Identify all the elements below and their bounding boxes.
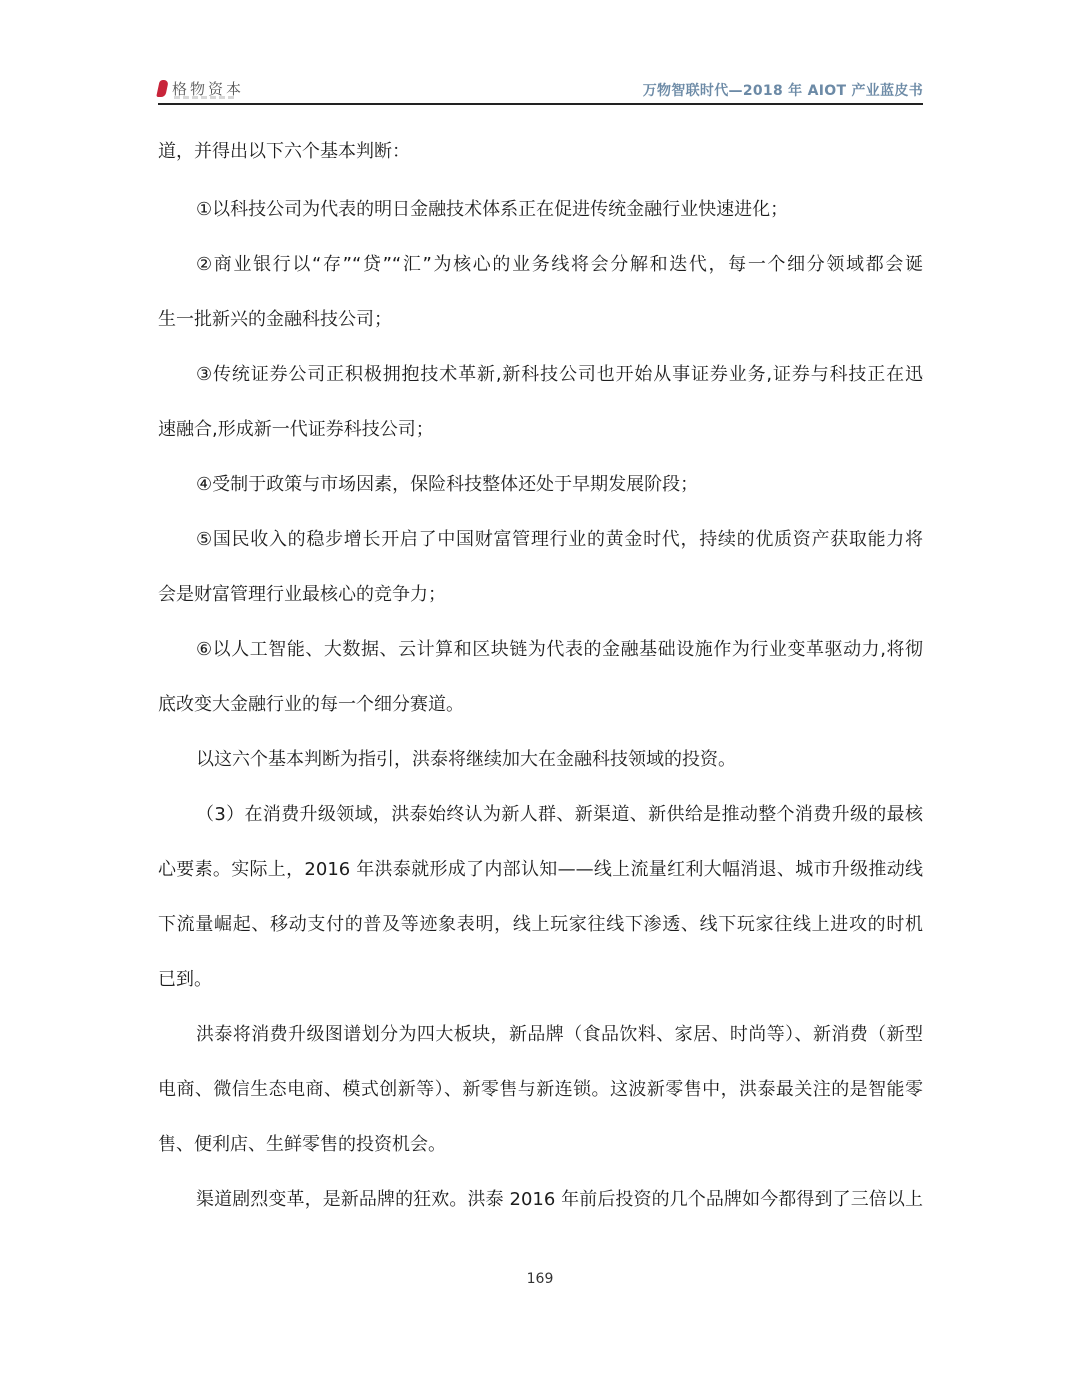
logo-mark-icon — [156, 80, 169, 97]
document-title: 万物智联时代—2018 年 AIOT 产业蓝皮书 — [643, 80, 923, 100]
text-line: 洪泰将消费升级图谱划分为四大板块，新品牌（食品饮料、家居、时尚等）、新消费（新型 — [196, 1023, 923, 1047]
text-line: 速融合,形成新一代证券科技公司； — [158, 418, 434, 442]
text-line: ⑥以人工智能、大数据、云计算和区块链为代表的金融基础设施作为行业变革驱动力,将彻 — [196, 638, 923, 662]
text-line: 会是财富管理行业最核心的竞争力； — [158, 583, 446, 607]
text-line: ⑤国民收入的稳步增长开启了中国财富管理行业的黄金时代，持续的优质资产获取能力将 — [196, 528, 923, 552]
text-line: 下流量崛起、移动支付的普及等迹象表明，线上玩家往线下渗透、线下玩家往线上进攻的时… — [158, 913, 923, 937]
logo-subtitle-decoration — [174, 96, 234, 99]
text-line: ③传统证券公司正积极拥抱技术革新,新科技公司也开始从事证券业务,证券与科技正在迅 — [196, 363, 923, 387]
text-line: 渠道剧烈变革，是新品牌的狂欢。洪泰 2016 年前后投资的几个品牌如今都得到了三… — [196, 1188, 923, 1212]
text-line: 以这六个基本判断为指引，洪泰将继续加大在金融科技领域的投资。 — [196, 748, 736, 772]
page-header: 格物资本 万物智联时代—2018 年 AIOT 产业蓝皮书 — [158, 74, 923, 104]
text-line: 生一批新兴的金融科技公司； — [158, 308, 392, 332]
page-number: 169 — [0, 1271, 1080, 1287]
text-line: 底改变大金融行业的每一个细分赛道。 — [158, 693, 464, 717]
text-line: 心要素。实际上，2016 年洪泰就形成了内部认知——线上流量红利大幅消退、城市升… — [158, 858, 923, 882]
header-divider — [158, 103, 923, 105]
text-line: 电商、微信生态电商、模式创新等）、新零售与新连锁。这波新零售中，洪泰最关注的是智… — [158, 1078, 923, 1102]
text-line: （3）在消费升级领域，洪泰始终认为新人群、新渠道、新供给是推动整个消费升级的最核 — [196, 803, 923, 827]
text-line: ②商业银行以“存”“贷”“汇”为核心的业务线将会分解和迭代，每一个细分领域都会诞 — [196, 253, 923, 277]
text-line: ④受制于政策与市场因素，保险科技整体还处于早期发展阶段； — [196, 473, 698, 497]
text-line: 售、便利店、生鲜零售的投资机会。 — [158, 1133, 446, 1157]
text-line: 道，并得出以下六个基本判断： — [158, 140, 410, 164]
text-line: ①以科技公司为代表的明日金融技术体系正在促进传统金融行业快速进化； — [196, 198, 788, 222]
text-line: 已到。 — [158, 968, 212, 992]
